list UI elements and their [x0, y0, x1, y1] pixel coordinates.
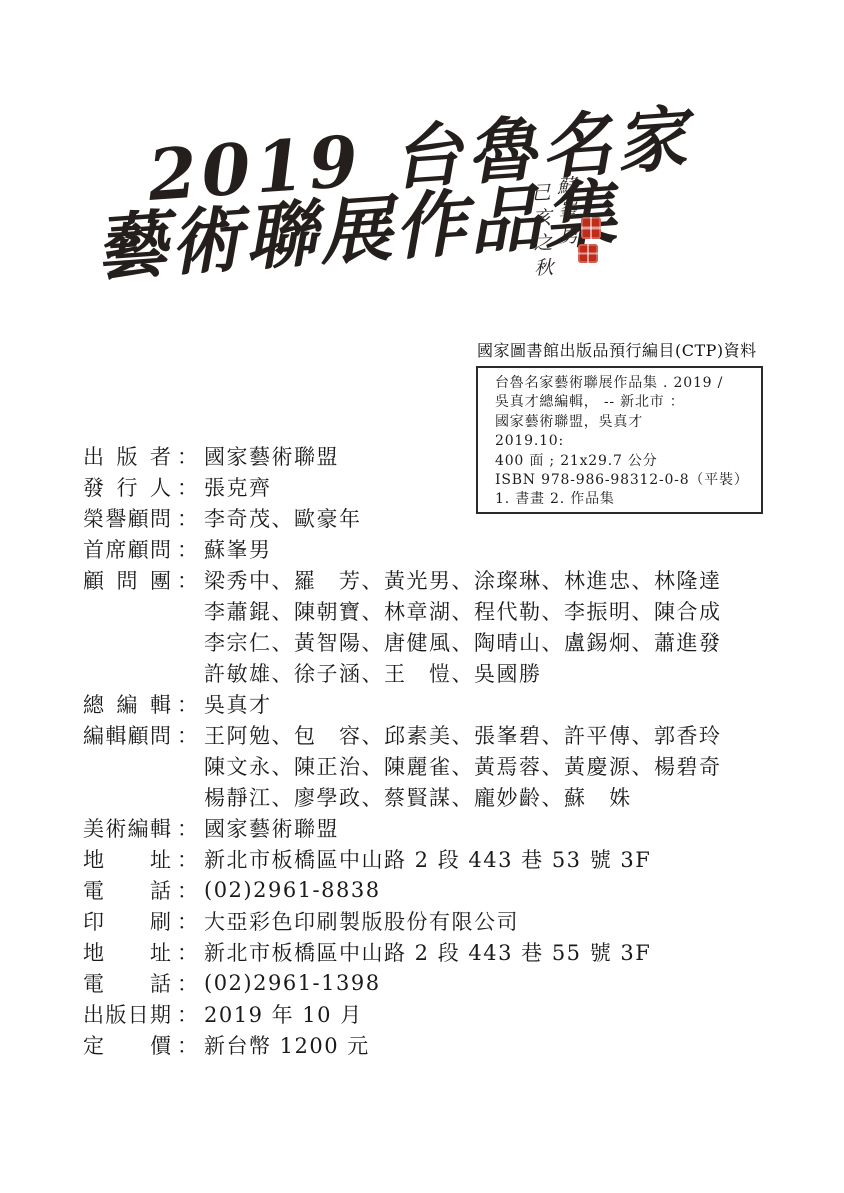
- row-value: 許敏雄、徐子涵、王 愷、吳國勝: [204, 658, 542, 688]
- row-label: 地址: [83, 844, 171, 874]
- row-colon: ：: [171, 968, 204, 998]
- row-label: 美術編輯: [83, 813, 171, 843]
- row-label: 電話: [83, 968, 171, 998]
- row-label: 定價: [83, 1030, 171, 1060]
- row-value: 2019 年 10 月: [204, 999, 363, 1029]
- colophon-page: 2019 台魯名家 藝術聯展作品集 蘇峯男 己亥之秋 國家圖書館出版品預行編目(…: [0, 0, 844, 1193]
- row-value: 新北市板橋區中山路 2 段 443 巷 55 號 3F: [204, 937, 651, 967]
- publication-row: 榮譽顧問 ： 李奇茂、歐豪年: [83, 502, 722, 533]
- row-label: 出版日期: [83, 999, 171, 1029]
- row-colon: ：: [171, 875, 204, 905]
- row-value: 王阿勉、包 容、邱素美、張峯碧、許平傳、郭香玲: [204, 720, 722, 750]
- publication-row: 顧問團 ： 梁秀中、羅 芳、黃光男、涂璨琳、林進忠、林隆達: [83, 564, 722, 595]
- publication-row: 楊靜江、廖學政、蔡賢謀、龐妙齡、蘇 姝: [83, 781, 722, 812]
- publication-row: 出版者 ： 國家藝術聯盟: [83, 440, 722, 471]
- row-colon: ：: [171, 565, 204, 595]
- publication-row: 電話 ： (02)2961-8838: [83, 874, 722, 905]
- publication-row: 李宗仁、黃智陽、唐健風、陶晴山、盧錫炯、蕭進發: [83, 626, 722, 657]
- row-value: 李宗仁、黃智陽、唐健風、陶晴山、盧錫炯、蕭進發: [204, 627, 722, 657]
- row-label: 電話: [83, 875, 171, 905]
- row-value: (02)2961-1398: [204, 971, 381, 995]
- row-value: 陳文永、陳正治、陳麗雀、黃焉蓉、黃慶源、楊碧奇: [204, 751, 722, 781]
- publication-info: 出版者 ： 國家藝術聯盟 發行人 ： 張克齊 榮譽顧問 ： 李奇茂、歐豪年 首席…: [83, 440, 722, 1060]
- row-value: 梁秀中、羅 芳、黃光男、涂璨琳、林進忠、林隆達: [204, 565, 722, 595]
- row-value: 國家藝術聯盟: [204, 441, 339, 471]
- row-value: (02)2961-8838: [204, 878, 381, 902]
- publication-row: 地址 ： 新北市板橋區中山路 2 段 443 巷 53 號 3F: [83, 843, 722, 874]
- row-colon: ：: [171, 1030, 204, 1060]
- row-value: 張克齊: [204, 472, 272, 502]
- signature-date: 己亥之秋: [526, 182, 557, 327]
- cip-header: 國家圖書館出版品預行編目(CTP)資料: [477, 338, 757, 361]
- row-value: 大亞彩色印刷製版股份有限公司: [204, 906, 519, 936]
- book-title-calligraphy: 2019 台魯名家 藝術聯展作品集: [88, 101, 699, 286]
- row-colon: ：: [171, 937, 204, 967]
- artist-seal-icon: [581, 217, 601, 239]
- row-value: 新台幣 1200 元: [204, 1030, 370, 1060]
- publication-row: 美術編輯 ： 國家藝術聯盟: [83, 812, 722, 843]
- row-value: 李奇茂、歐豪年: [204, 503, 362, 533]
- row-label: 地址: [83, 937, 171, 967]
- publication-row: 總編輯 ： 吳真才: [83, 688, 722, 719]
- row-colon: ：: [171, 534, 204, 564]
- row-colon: ：: [171, 999, 204, 1029]
- row-label: 發行人: [83, 472, 171, 502]
- publication-row: 發行人 ： 張克齊: [83, 471, 722, 502]
- publication-row: 陳文永、陳正治、陳麗雀、黃焉蓉、黃慶源、楊碧奇: [83, 750, 722, 781]
- row-value: 楊靜江、廖學政、蔡賢謀、龐妙齡、蘇 姝: [204, 782, 632, 812]
- row-label: 印刷: [83, 906, 171, 936]
- artist-seal-icon: [578, 244, 598, 263]
- row-colon: ：: [171, 813, 204, 843]
- publication-row: 電話 ： (02)2961-1398: [83, 967, 722, 998]
- publication-row: 定價 ： 新台幣 1200 元: [83, 1029, 722, 1060]
- row-value: 國家藝術聯盟: [204, 813, 339, 843]
- publication-row: 出版日期 ： 2019 年 10 月: [83, 998, 722, 1029]
- cip-line: 台魯名家藝術聯展作品集 . 2019 /: [495, 374, 757, 393]
- row-value: 蘇峯男: [204, 534, 272, 564]
- row-value: 吳真才: [204, 689, 272, 719]
- row-colon: ：: [171, 844, 204, 874]
- publication-row: 編輯顧問 ： 王阿勉、包 容、邱素美、張峯碧、許平傳、郭香玲: [83, 719, 722, 750]
- row-value: 李蕭錕、陳朝寶、林章湖、程代勒、李振明、陳合成: [204, 596, 722, 626]
- publication-row: 李蕭錕、陳朝寶、林章湖、程代勒、李振明、陳合成: [83, 595, 722, 626]
- row-label: 首席顧問: [83, 534, 171, 564]
- cip-line: 國家藝術聯盟，吳真才: [495, 413, 757, 432]
- row-value: 新北市板橋區中山路 2 段 443 巷 53 號 3F: [204, 844, 651, 874]
- row-colon: ：: [171, 720, 204, 750]
- row-colon: ：: [171, 906, 204, 936]
- publication-row: 許敏雄、徐子涵、王 愷、吳國勝: [83, 657, 722, 688]
- cip-line: 吳真才總編輯， -- 新北市 ：: [495, 393, 757, 412]
- row-label: 顧問團: [83, 565, 171, 595]
- publication-row: 地址 ： 新北市板橋區中山路 2 段 443 巷 55 號 3F: [83, 936, 722, 967]
- publication-row: 印刷 ： 大亞彩色印刷製版股份有限公司: [83, 905, 722, 936]
- row-colon: ：: [171, 503, 204, 533]
- row-label: 總編輯: [83, 689, 171, 719]
- row-colon: ：: [171, 441, 204, 471]
- publication-row: 首席顧問 ： 蘇峯男: [83, 533, 722, 564]
- row-colon: ：: [171, 689, 204, 719]
- row-label: 出版者: [83, 441, 171, 471]
- row-label: 榮譽顧問: [83, 503, 171, 533]
- row-label: 編輯顧問: [83, 720, 171, 750]
- row-colon: ：: [171, 472, 204, 502]
- calligrapher-signature: 蘇峯男 己亥之秋: [525, 175, 581, 327]
